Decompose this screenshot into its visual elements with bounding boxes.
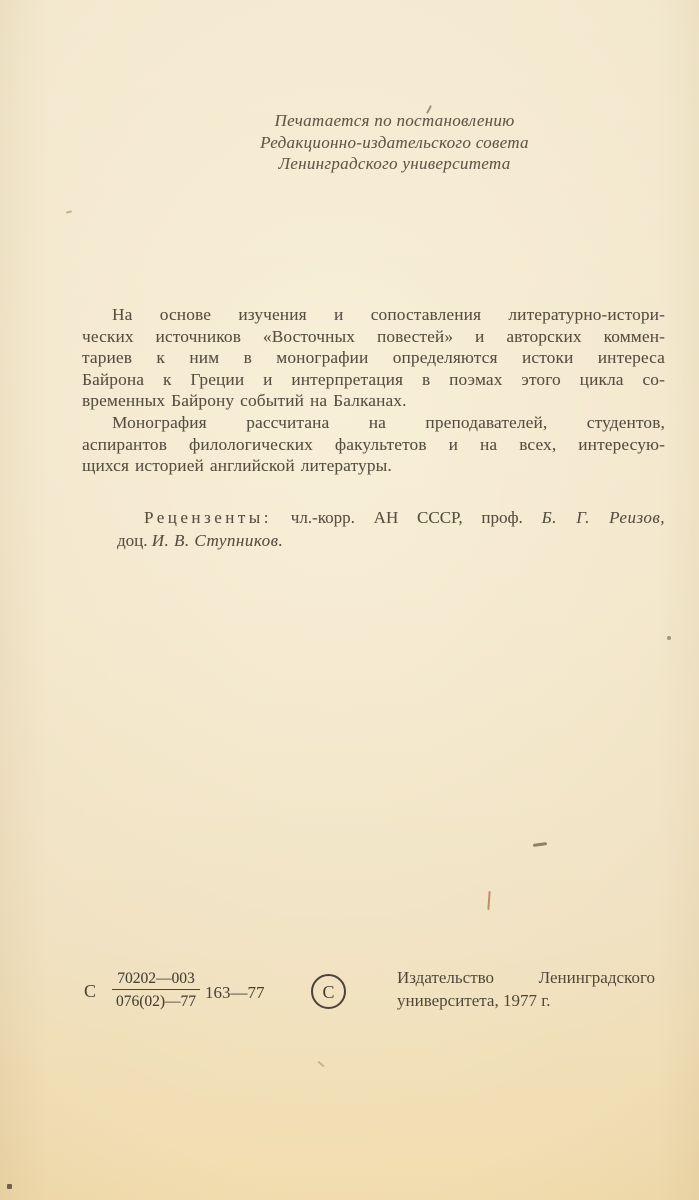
annotation-line: ческих источников «Восточных повестей» и… bbox=[82, 326, 665, 348]
annotation-line: Монография рассчитана на преподавателей,… bbox=[82, 412, 665, 434]
paper-speck bbox=[317, 1061, 324, 1068]
photo-vignette-overlay bbox=[0, 0, 699, 1200]
imprint-line: Редакционно-издательского совета bbox=[90, 132, 699, 154]
annotation-line: временных Байрону событий на Балканах. bbox=[82, 390, 665, 412]
paper-speck bbox=[533, 842, 547, 847]
imprint-note: Печатается по постановлению Редакционно-… bbox=[90, 110, 699, 175]
reviewers-label: Рецензенты: bbox=[144, 508, 272, 527]
publisher-line-1: Издательство Ленинградского bbox=[397, 967, 655, 990]
catalog-code: 163—77 bbox=[205, 983, 265, 1003]
annotation-line: тариев к ним в монографии определяются и… bbox=[82, 347, 665, 369]
colophon-block: С 70202—003 076(02)—77 163—77 С Издатель… bbox=[0, 0, 699, 1200]
annotation-line: щихся историей английской литературы. bbox=[82, 455, 665, 477]
copyright-icon: С bbox=[311, 974, 346, 1009]
paper-speck bbox=[7, 1184, 12, 1189]
fraction-denominator: 076(02)—77 bbox=[112, 990, 200, 1011]
annotation-line: аспирантов филологических факультетов и … bbox=[82, 434, 665, 456]
series-letter: С bbox=[84, 981, 96, 1002]
reviewer-name-1: Б. Г. Реизов, bbox=[542, 508, 665, 527]
copyright-letter: С bbox=[322, 983, 334, 1001]
reviewers-affiliation: чл.-корр. АН СССР, проф. bbox=[291, 508, 523, 527]
annotation-paragraphs: На основе изучения и сопоставления литер… bbox=[82, 304, 665, 477]
reviewers-prefix: доц. bbox=[117, 531, 148, 550]
annotation-line: На основе изучения и сопоставления литер… bbox=[82, 304, 665, 326]
reviewer-name-2: И. В. Ступников. bbox=[152, 531, 284, 550]
paper-speck bbox=[66, 210, 72, 213]
reviewers-line-2: доц. И. В. Ступников. bbox=[82, 530, 665, 553]
fraction-numerator: 70202—003 bbox=[112, 969, 200, 990]
paper-speck bbox=[667, 636, 671, 640]
annotation-line: Байрона к Греции и интерпретация в поэма… bbox=[82, 369, 665, 391]
catalog-index-fraction: 70202—003 076(02)—77 bbox=[112, 969, 200, 1011]
publisher-line-2: университета, 1977 г. bbox=[397, 990, 655, 1013]
reviewers-line-1: Рецензенты: чл.-корр. АН СССР, проф. Б. … bbox=[82, 507, 665, 530]
reviewers-block: Рецензенты: чл.-корр. АН СССР, проф. Б. … bbox=[82, 507, 665, 552]
paper-fiber bbox=[487, 891, 490, 910]
imprint-line: Ленинградского университета bbox=[90, 153, 699, 175]
book-page-photo: { "imprint_note": { "lines": [ "Печатает… bbox=[0, 0, 699, 1200]
imprint-line: Печатается по постановлению bbox=[90, 110, 699, 132]
publisher-credit: Издательство Ленинградского университета… bbox=[397, 967, 655, 1012]
